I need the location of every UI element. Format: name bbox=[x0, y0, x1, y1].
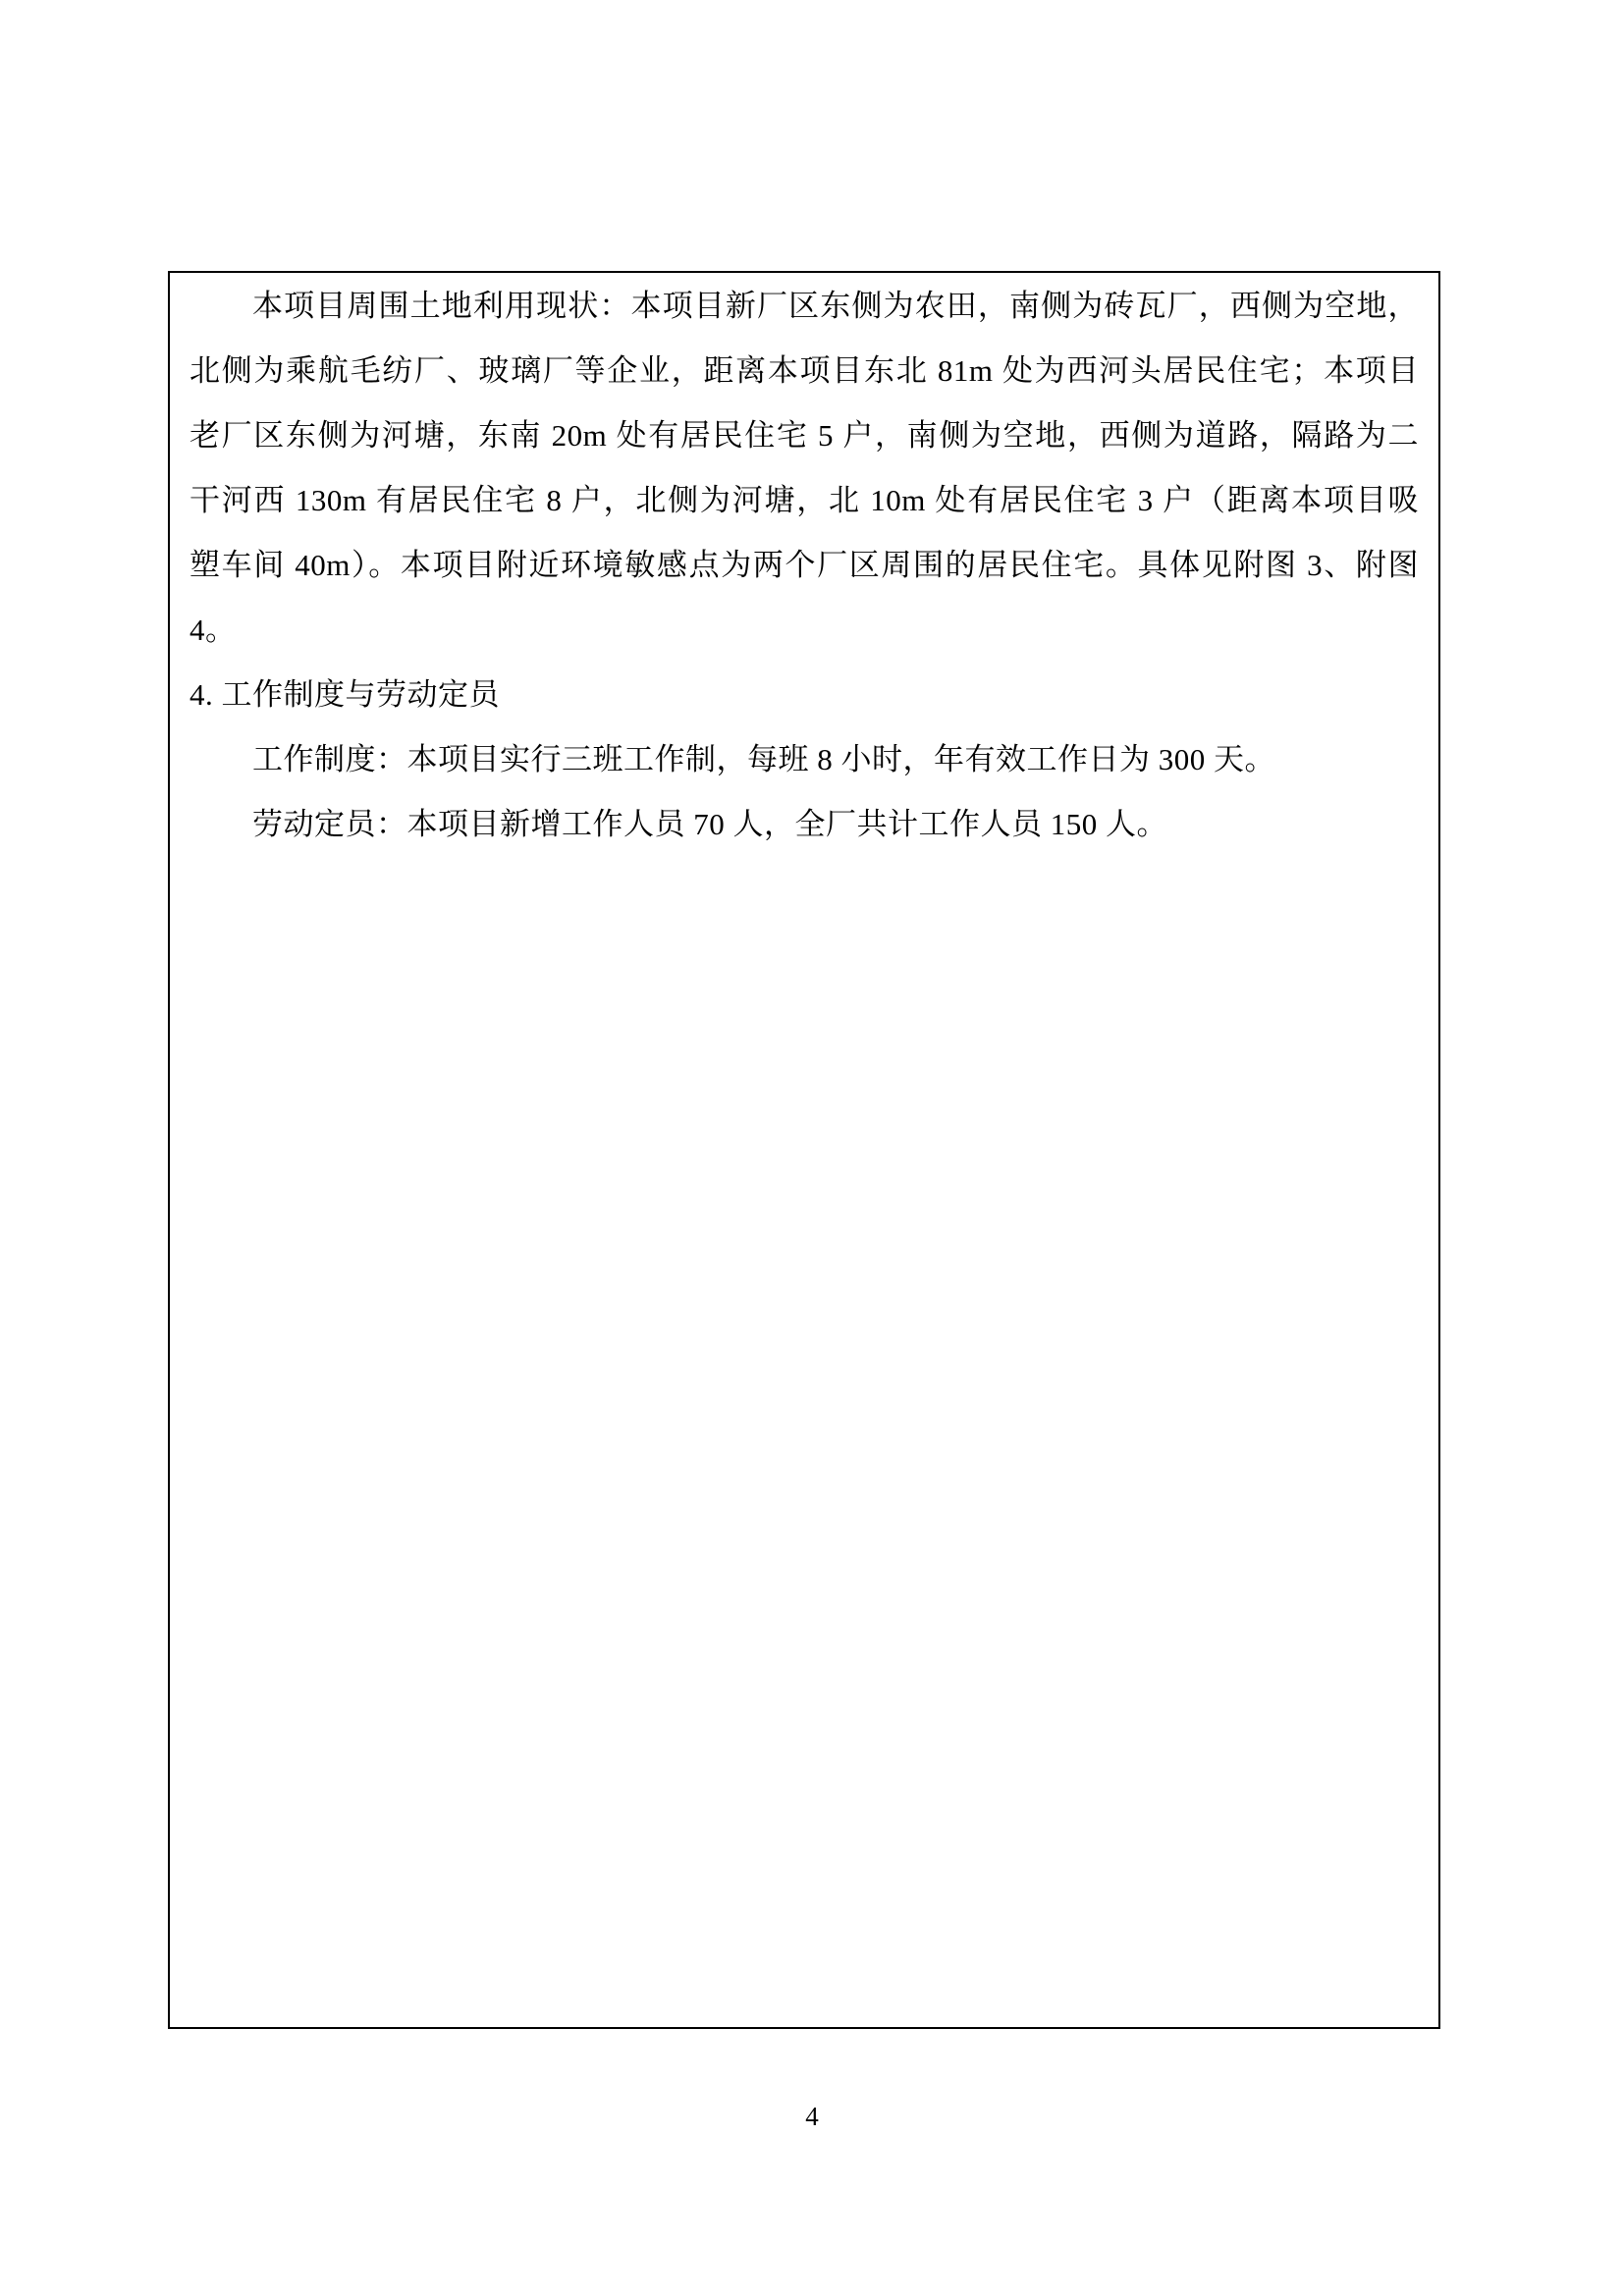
document-page: 本项目周围土地利用现状：本项目新厂区东侧为农田，南侧为砖瓦厂，西侧为空地， 北侧… bbox=[0, 0, 1624, 2296]
section-heading: 4. 工作制度与劳动定员 bbox=[189, 663, 1419, 727]
page-number: 4 bbox=[0, 2101, 1624, 2132]
section-work-system: 4. 工作制度与劳动定员 工作制度：本项目实行三班工作制，每班 8 小时，年有效… bbox=[189, 663, 1419, 857]
content-border-box: 本项目周围土地利用现状：本项目新厂区东侧为农田，南侧为砖瓦厂，西侧为空地， 北侧… bbox=[168, 271, 1440, 2029]
paragraph-land-use: 本项目周围土地利用现状：本项目新厂区东侧为农田，南侧为砖瓦厂，西侧为空地， 北侧… bbox=[189, 274, 1419, 663]
section-line-staffing: 劳动定员：本项目新增工作人员 70 人，全厂共计工作人员 150 人。 bbox=[189, 792, 1419, 857]
section-line-work-schedule: 工作制度：本项目实行三班工作制，每班 8 小时，年有效工作日为 300 天。 bbox=[189, 727, 1419, 792]
paragraph-line: 干河西 130m 有居民住宅 8 户，北侧为河塘，北 10m 处有居民住宅 3 … bbox=[189, 468, 1419, 533]
paragraph-line: 塑车间 40m）。本项目附近环境敏感点为两个厂区周围的居民住宅。具体见附图 3、… bbox=[189, 533, 1419, 598]
paragraph-line: 老厂区东侧为河塘，东南 20m 处有居民住宅 5 户，南侧为空地，西侧为道路，隔… bbox=[189, 403, 1419, 468]
paragraph-line: 4。 bbox=[189, 598, 1419, 663]
paragraph-line: 本项目周围土地利用现状：本项目新厂区东侧为农田，南侧为砖瓦厂，西侧为空地， bbox=[189, 274, 1419, 339]
paragraph-line: 北侧为乘航毛纺厂、玻璃厂等企业，距离本项目东北 81m 处为西河头居民住宅；本项… bbox=[189, 339, 1419, 403]
